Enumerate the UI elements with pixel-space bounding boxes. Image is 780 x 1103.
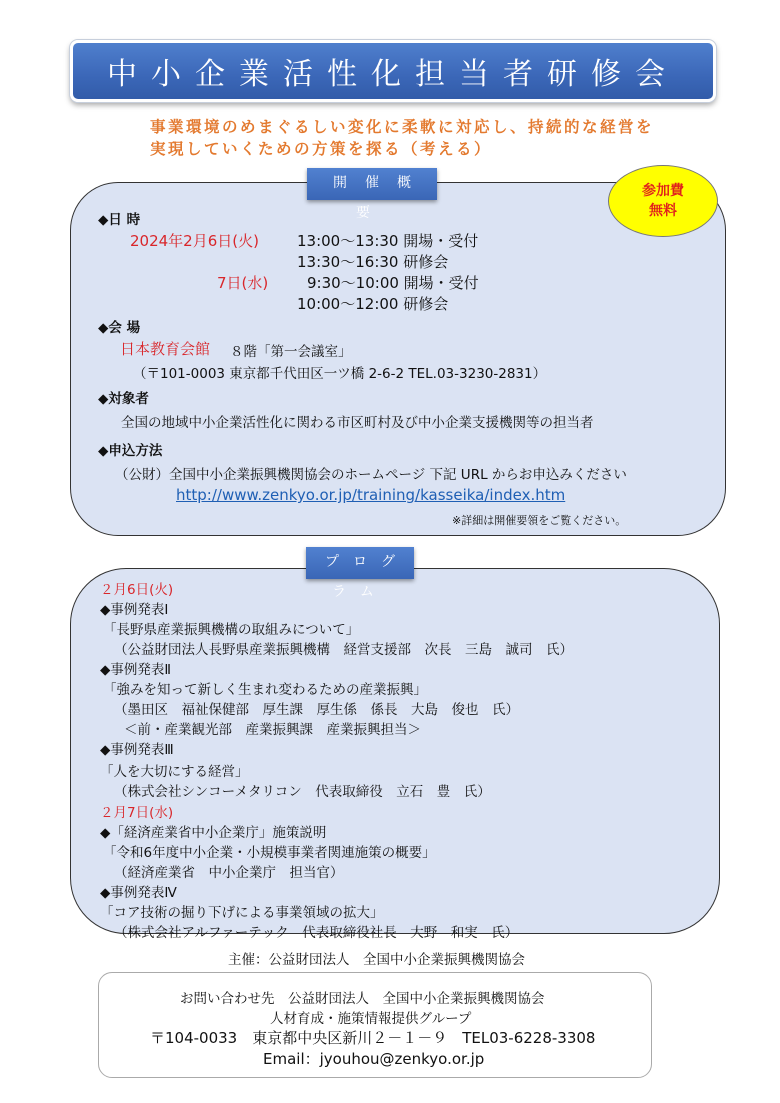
program-title: 「長野県産業振興機構の取組みについて」 [103, 618, 359, 638]
badge-line-1: 参加費 [642, 181, 684, 201]
program-date-day2: ２月7日(水) [100, 801, 173, 821]
contact-line-3: 〒104-0033 東京都中央区新川２－１－９ TEL03-6228-3308 [150, 1027, 595, 1048]
subtitle: 事業環境のめまぐるしい変化に柔軟に対応し、持続的な経営を 実現していくための方策… [150, 116, 654, 160]
venue-room: ８階「第一会議室」 [230, 340, 352, 360]
overview-heading: 開催概要 [307, 168, 437, 200]
program-speaker: （株式会社アルファーテック 代表取締役社長 大野 和実 氏） [114, 921, 518, 941]
day2-slot-1: 9:30～10:00 開場・受付 [307, 272, 479, 293]
program-title: 「強みを知って新しく生まれ変わるための産業振興」 [103, 678, 427, 698]
program-date-day1: ２月6日(火) [100, 578, 173, 598]
registration-link[interactable]: http://www.zenkyo.or.jp/training/kasseik… [176, 486, 565, 504]
program-item: ◆「経済産業省中小企業庁」施策説明 [100, 821, 326, 841]
venue-name: 日本教育会館 [120, 338, 210, 359]
organizer: 主催：公益財団法人 全国中小企業振興機関協会 [228, 948, 525, 968]
day1-slot-2: 13:30～16:30 研修会 [297, 251, 448, 272]
page-title: 中小企業活性化担当者研修会 [107, 49, 679, 93]
program-item: ◆事例発表Ⅲ [100, 738, 174, 758]
title-banner: 中小企業活性化担当者研修会 [70, 40, 716, 102]
apply-label: ◆申込方法 [98, 439, 162, 459]
program-speaker: （墨田区 福祉保健部 厚生課 厚生係 係長 大島 俊也 氏） [114, 698, 519, 718]
contact-email: Email：jyouhou@zenkyo.or.jp [263, 1048, 484, 1069]
venue-label: ◆会 場 [98, 316, 140, 336]
program-item: ◆事例発表Ⅰ [100, 598, 168, 618]
program-note: ＜前・産業観光部 産業振興課 産業振興担当＞ [124, 718, 421, 738]
program-title: 「人を大切にする経営」 [100, 760, 249, 780]
subtitle-line-2: 実現していくための方策を探る（考える） [150, 138, 654, 160]
contact-line-2: 人材育成・施策情報提供グループ [270, 1007, 471, 1027]
target-text: 全国の地域中小企業活性化に関わる市区町村及び中小企業支援機関等の担当者 [121, 411, 594, 431]
day2-date: 7日(水) [217, 272, 268, 293]
day1-slot-1: 13:00～13:30 開場・受付 [297, 230, 478, 251]
program-speaker: （公益財団法人長野県産業振興機構 経営支援部 次長 三島 誠司 氏） [114, 638, 573, 658]
datetime-label: ◆日 時 [98, 208, 140, 228]
program-heading: プログラム [306, 547, 414, 579]
venue-address: （〒101-0003 東京都千代田区一ツ橋 2-6-2 TEL.03-3230-… [133, 362, 546, 382]
program-speaker: （経済産業省 中小企業庁 担当官） [114, 861, 344, 881]
free-badge: 参加費 無料 [608, 165, 718, 237]
subtitle-line-1: 事業環境のめまぐるしい変化に柔軟に対応し、持続的な経営を [150, 116, 654, 138]
program-title: 「令和6年度中小企業・小規模事業者関連施策の概要」 [103, 841, 436, 861]
program-item: ◆事例発表Ⅳ [100, 881, 177, 901]
target-label: ◆対象者 [98, 387, 149, 407]
contact-line-1: お問い合わせ先 公益財団法人 全国中小企業振興機関協会 [180, 987, 545, 1007]
program-title: 「コア技術の掘り下げによる事業領域の拡大」 [100, 901, 384, 921]
details-note: ※詳細は開催要領をご覧ください。 [452, 512, 626, 528]
day2-slot-2: 10:00～12:00 研修会 [297, 293, 448, 314]
apply-text: （公財）全国中小企業振興機関協会のホームページ 下記 URL からお申込みくださ… [115, 463, 627, 483]
day1-date: 2024年2月6日(火) [130, 230, 259, 251]
program-speaker: （株式会社シンコーメタリコン 代表取締役 立石 豊 氏） [114, 780, 491, 800]
badge-line-2: 無料 [649, 201, 677, 221]
program-item: ◆事例発表Ⅱ [100, 658, 171, 678]
